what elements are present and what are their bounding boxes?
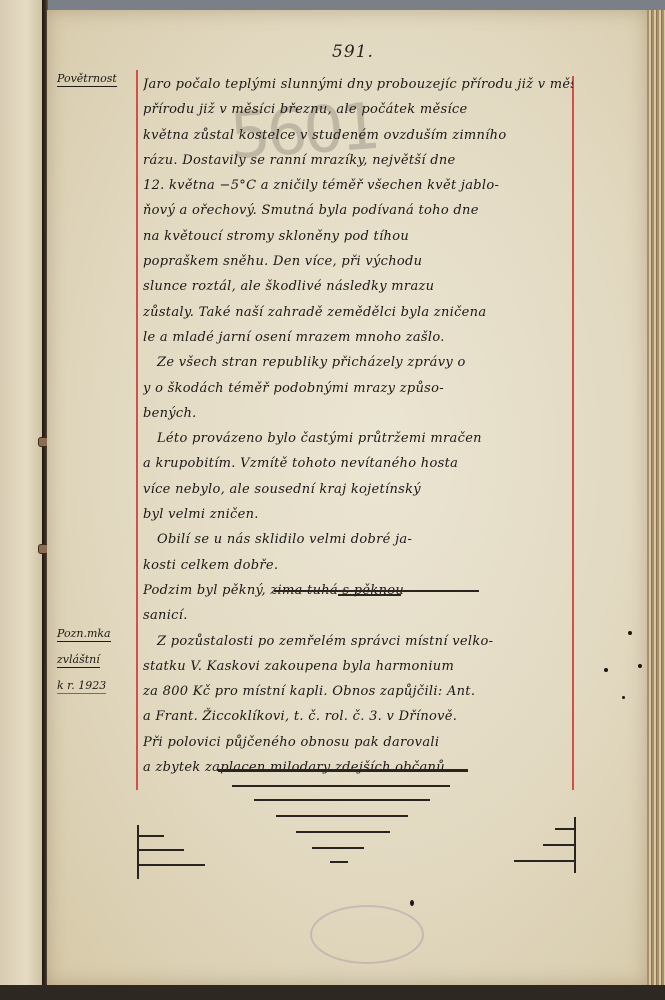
- text-line: le a mladé jarní osení mrazem mnoho zašl…: [143, 325, 573, 350]
- text-line: slunce roztál, ale škodlivé následky mra…: [143, 274, 573, 299]
- text-line: května zůstal kostelce v studeném ovzduš…: [143, 123, 573, 148]
- text-line: rázu. Dostavily se ranní mrazíky, největ…: [143, 148, 573, 173]
- text-line: 12. května −5°C a zničily téměř všechen …: [143, 173, 573, 198]
- text-line: Jaro počalo teplými slunnými dny probouz…: [143, 72, 573, 97]
- text-line: statku V. Kaskovi zakoupena byla harmoni…: [143, 654, 573, 679]
- margin-note-line-3: k r. 1923: [57, 679, 106, 694]
- section-divider: [274, 590, 479, 592]
- left-margin-rule: [136, 70, 138, 790]
- archive-stamp: [310, 905, 424, 964]
- section-divider-accent: [338, 594, 401, 596]
- text-line: byl velmi zničen.: [143, 502, 573, 527]
- text-line: a zbytek zaplacen milodary zdejších obča…: [143, 755, 573, 780]
- text-line: Při polovici půjčeného obnosu pak darova…: [143, 730, 573, 755]
- margin-note-weather: Povětrnost: [57, 72, 117, 87]
- text-line: bených.: [143, 401, 573, 426]
- page-stack-edge: [647, 10, 665, 985]
- margin-note-line-2: zvláštní: [57, 653, 100, 668]
- text-line: a Frant. Žiccoklíkovi, t. č. rol. č. 3. …: [143, 704, 573, 729]
- ink-spot: [638, 664, 642, 668]
- chronicle-body: Jaro počalo teplými slunnými dny probouz…: [143, 72, 573, 780]
- ink-spot: [604, 668, 608, 672]
- text-line: Léto provázeno bylo častými průtržemi mr…: [143, 426, 573, 451]
- left-page-edge: [0, 0, 44, 1000]
- text-line: na květoucí stromy skloněny pod tíhou: [143, 224, 573, 249]
- text-line: y o škodách téměř podobnými mrazy způso-: [143, 376, 573, 401]
- page-number: 591.: [332, 42, 374, 62]
- ink-spot: [410, 900, 414, 906]
- text-line: za 800 Kč pro místní kapli. Obnos zapůjč…: [143, 679, 573, 704]
- text-line: Z pozůstalosti po zemřelém správci místn…: [143, 629, 573, 654]
- ink-spot: [628, 631, 632, 635]
- background-bottom: [0, 985, 665, 1000]
- text-line: a krupobitím. Vzmítě tohoto nevítaného h…: [143, 451, 573, 476]
- text-line: ňový a ořechový. Smutná byla podívaná to…: [143, 198, 573, 223]
- text-line: Ze všech stran republiky přicházely zprá…: [143, 350, 573, 375]
- text-line: kosti celkem dobře.: [143, 553, 573, 578]
- text-line: popraškem sněhu. Den více, při východu: [143, 249, 573, 274]
- text-line: Obilí se u nás sklidilo velmi dobré ja-: [143, 527, 573, 552]
- ink-spot: [622, 696, 625, 699]
- text-line: více nebylo, ale sousední kraj kojetínsk…: [143, 477, 573, 502]
- text-line: zůstaly. Také naší zahradě zemědělci byl…: [143, 300, 573, 325]
- text-line: sanicí.: [143, 603, 573, 628]
- margin-note-line-1: Pozn.mka: [57, 627, 111, 642]
- text-line: přírodu již v měsíci březnu, ale počátek…: [143, 97, 573, 122]
